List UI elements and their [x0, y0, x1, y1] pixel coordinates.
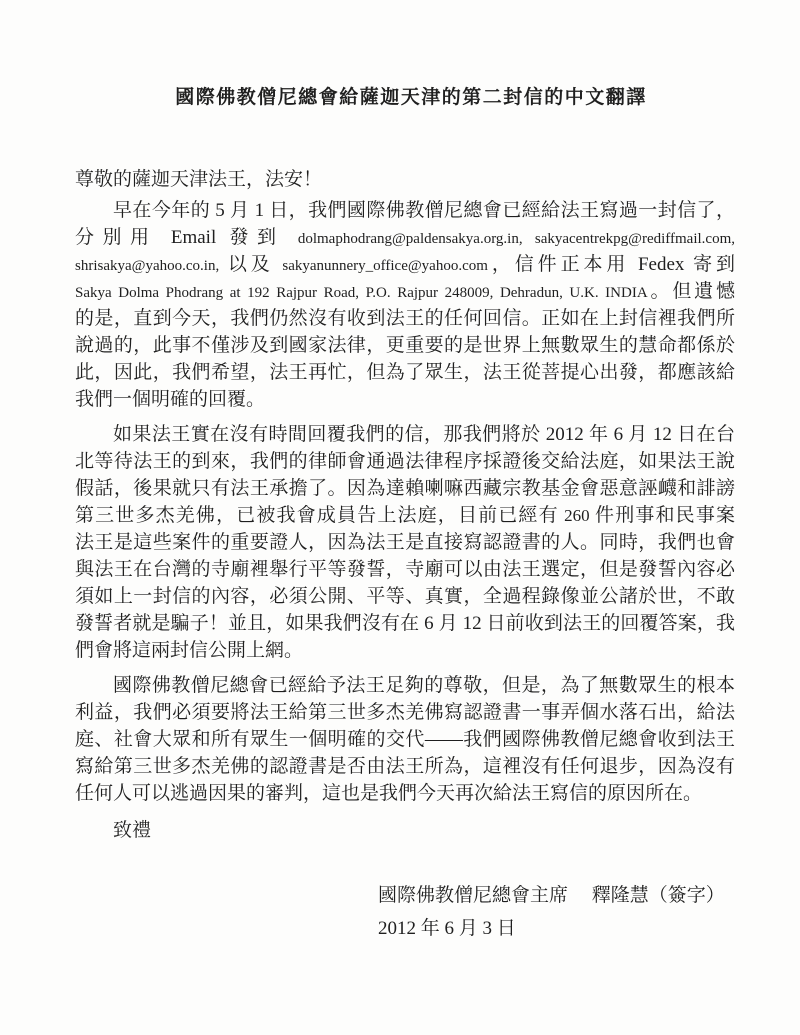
text-line: 如果法王實在沒有時間回覆我們的信，那我們將於 2012 年 6 月 12 日在台 — [75, 421, 735, 448]
closing-line: 致禮 — [75, 817, 735, 844]
text-segment: 我們一個明確的回覆。 — [75, 389, 265, 410]
date-line: 2012 年 6 月 3 日 — [378, 915, 735, 942]
text-segment: 分別用 Email 發到 — [75, 227, 298, 248]
text-segment: 發誓者就是騙子！並且，如果我們沒有在 6 月 12 日前收到法王的回覆答案，我 — [75, 613, 735, 634]
text-line: 的是，直到今天，我們仍然沒有收到法王的任何回信。正如在上封信裡我們所 — [75, 305, 735, 332]
text-segment: 須如上一封信的內容，必須公開、平等、真實，全過程錄像並公諸於世，不敢 — [75, 586, 735, 607]
text-line: 與法王在台灣的寺廟裡舉行平等發誓，寺廟可以由法王選定，但是發誓內容必 — [75, 556, 735, 583]
text-segment: 早在今年的 5 月 1 日，我們國際佛教僧尼總會已經給法王寫過一封信了， — [113, 200, 735, 221]
text-line: 庭、社會大眾和所有眾生一個明確的交代——我們國際佛教僧尼總會收到法王 — [75, 726, 735, 753]
text-line: 寫給第三世多杰羌佛的認證書是否由法王所為，這裡沒有任何退步，因為沒有 — [75, 753, 735, 780]
text-segment: 們會將這兩封信公開上網。 — [75, 640, 303, 661]
text-line: 們會將這兩封信公開上網。 — [75, 637, 735, 664]
text-segment: 的是，直到今天，我們仍然沒有收到法王的任何回信。正如在上封信裡我們所 — [75, 308, 735, 329]
text-segment: 法王是這些案件的重要證人，因為法王是直接寫認證書的人。同時，我們也會 — [75, 532, 735, 553]
text-segment: 第三世多杰羌佛，已被我會成員告上法庭，目前已經有 — [75, 505, 559, 526]
latin-text-segment: Sakya Dolma Phodrang at 192 Rajpur Road,… — [75, 285, 648, 301]
text-line: 第三世多杰羌佛，已被我會成員告上法庭，目前已經有 260 件刑事和民事案件， — [75, 502, 735, 529]
text-segment: 260 — [559, 506, 595, 525]
text-line: Sakya Dolma Phodrang at 192 Rajpur Road,… — [75, 278, 735, 305]
text-segment: 北等待法王的到來，我們的律師會通過法律程序採證後交給法庭，如果法王說 — [75, 451, 735, 472]
text-segment: 利益，我們必須要將法王給第三世多杰羌佛寫認證書一事弄個水落石出，給法 — [75, 702, 735, 723]
text-segment: 如果法王實在沒有時間回覆我們的信，那我們將於 2012 年 6 月 12 日在台 — [113, 424, 735, 445]
text-segment: 與法王在台灣的寺廟裡舉行平等發誓，寺廟可以由法王選定，但是發誓內容必 — [75, 559, 735, 580]
text-segment: 假話，後果就只有法王承擔了。因為達賴喇嘛西藏宗教基金會惡意誣衊和誹謗 — [75, 478, 735, 499]
salutation-line: 尊敬的薩迦天津法王，法安！ — [75, 166, 735, 193]
letter-body: 尊敬的薩迦天津法王，法安！ 早在今年的 5 月 1 日，我們國際佛教僧尼總會已經… — [75, 166, 735, 942]
text-line: 北等待法王的到來，我們的律師會通過法律程序採證後交給法庭，如果法王說 — [75, 448, 735, 475]
text-segment: 說過的，此事不僅涉及到國家法律，更重要的是世界上無數眾生的慧命都係於 — [75, 335, 735, 356]
text-segment: 國際佛教僧尼總會已經給予法王足夠的尊敬，但是，為了無數眾生的根本 — [113, 675, 735, 696]
text-line: 分別用 Email 發到 dolmaphodrang@paldensakya.o… — [75, 224, 735, 251]
text-segment: 以及 — [219, 254, 282, 275]
text-line: 此，因此，我們希望，法王再忙，但為了眾生，法王從菩提心出發，都應該給 — [75, 359, 735, 386]
text-line: 法王是這些案件的重要證人，因為法王是直接寫認證書的人。同時，我們也會 — [75, 529, 735, 556]
text-line: 利益，我們必須要將法王給第三世多杰羌佛寫認證書一事弄個水落石出，給法 — [75, 699, 735, 726]
paragraph-1: 早在今年的 5 月 1 日，我們國際佛教僧尼總會已經給法王寫過一封信了，分別用 … — [75, 197, 735, 413]
paragraph-3: 國際佛教僧尼總會已經給予法王足夠的尊敬，但是，為了無數眾生的根本利益，我們必須要… — [75, 672, 735, 807]
text-segment: 寫給第三世多杰羌佛的認證書是否由法王所為，這裡沒有任何退步，因為沒有 — [75, 756, 735, 777]
text-line: 早在今年的 5 月 1 日，我們國際佛教僧尼總會已經給法王寫過一封信了， — [75, 197, 735, 224]
text-line: 須如上一封信的內容，必須公開、平等、真實，全過程錄像並公諸於世，不敢 — [75, 583, 735, 610]
text-line: 我們一個明確的回覆。 — [75, 386, 735, 413]
signature-block: 國際佛教僧尼總會主席 釋隆慧（簽字） 2012 年 6 月 3 日 — [378, 882, 735, 942]
text-line: 發誓者就是騙子！並且，如果我們沒有在 6 月 12 日前收到法王的回覆答案，我 — [75, 610, 735, 637]
text-line: shrisakya@yahoo.co.in, 以及 sakyanunnery_o… — [75, 251, 735, 278]
text-line: 假話，後果就只有法王承擔了。因為達賴喇嘛西藏宗教基金會惡意誣衊和誹謗 — [75, 475, 735, 502]
latin-text-segment: dolmaphodrang@paldensakya.org.in, sakyac… — [298, 231, 735, 247]
text-segment: ，信件正本用 Fedex 寄到 — [488, 254, 735, 275]
paragraph-2: 如果法王實在沒有時間回覆我們的信，那我們將於 2012 年 6 月 12 日在台… — [75, 421, 735, 664]
text-segment: 任何人可以逃過因果的審判，這也是我們今天再次給法王寫信的原因所在。 — [75, 783, 702, 804]
text-line: 任何人可以逃過因果的審判，這也是我們今天再次給法王寫信的原因所在。 — [75, 780, 735, 807]
text-segment: 庭、社會大眾和所有眾生一個明確的交代——我們國際佛教僧尼總會收到法王 — [75, 729, 735, 750]
text-segment: 此，因此，我們希望，法王再忙，但為了眾生，法王從菩提心出發，都應該給 — [75, 362, 735, 383]
text-segment: 。但遺憾 — [648, 281, 735, 302]
text-line: 國際佛教僧尼總會已經給予法王足夠的尊敬，但是，為了無數眾生的根本 — [75, 672, 735, 699]
text-line: 說過的，此事不僅涉及到國家法律，更重要的是世界上無數眾生的慧命都係於 — [75, 332, 735, 359]
letter-page: 國際佛教僧尼總會給薩迦天津的第二封信的中文翻譯 尊敬的薩迦天津法王，法安！ 早在… — [0, 0, 800, 1035]
signature-line: 國際佛教僧尼總會主席 釋隆慧（簽字） — [378, 882, 735, 909]
latin-text-segment: sakyanunnery_office@yahoo.com — [282, 258, 488, 274]
letter-title: 國際佛教僧尼總會給薩迦天津的第二封信的中文翻譯 — [75, 86, 735, 110]
latin-text-segment: shrisakya@yahoo.co.in, — [75, 258, 219, 274]
